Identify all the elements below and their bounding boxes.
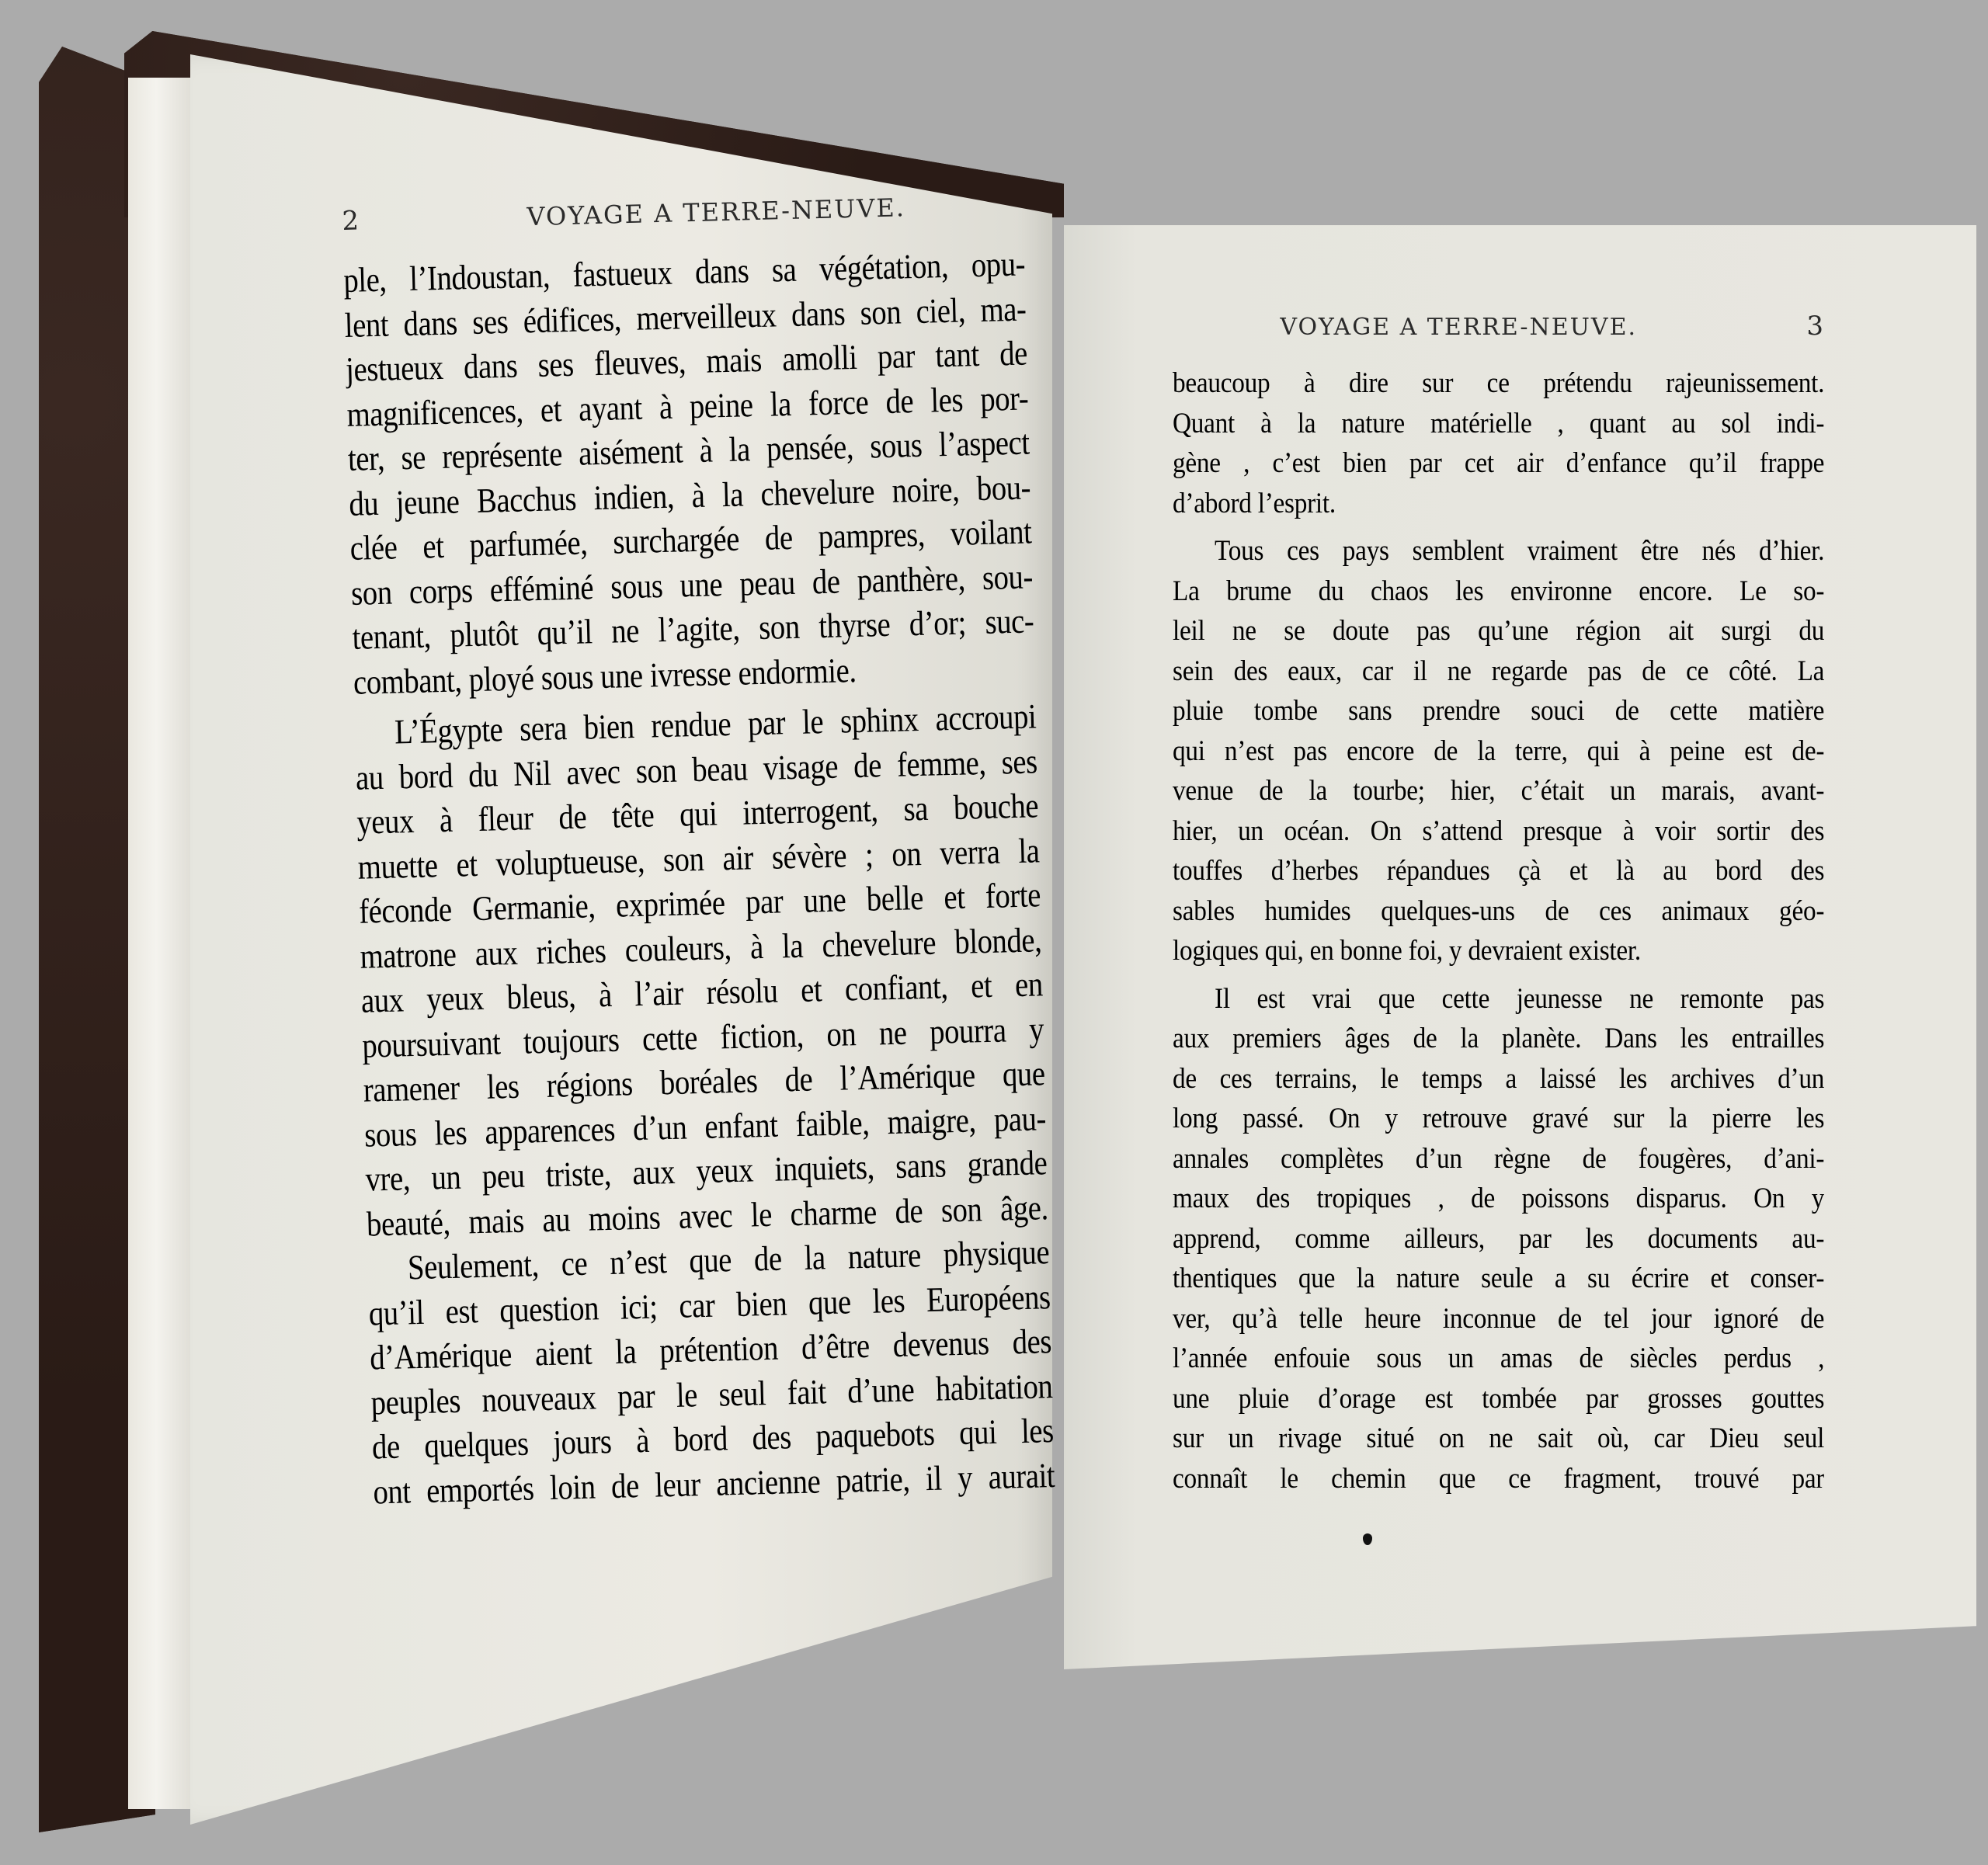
- text-line: leil ne se doute pas qu’une région ait s…: [1173, 611, 1824, 651]
- text-line: gène , c’est bien par cet air d’enfance …: [1173, 443, 1824, 484]
- text-line: long passé. On y retrouve gravé sur la p…: [1173, 1099, 1824, 1139]
- right-page-text: VOYAGE A TERRE-NEUVE. 3 beaucoup à dire …: [1173, 311, 1825, 1499]
- page-stack-edge: [128, 78, 200, 1809]
- text-line: beaucoup à dire sur ce prétendu rajeunis…: [1173, 363, 1824, 404]
- text-line: sables humides quelques-uns de ces anima…: [1173, 891, 1824, 932]
- text-line: qui n’est pas encore de la terre, qui à …: [1173, 731, 1824, 772]
- text-line: de ces terrains, le temps a laissé les a…: [1173, 1059, 1824, 1099]
- text-line: thentiques que la nature seule a su écri…: [1173, 1259, 1824, 1299]
- text-line: apprend, comme ailleurs, par les documen…: [1173, 1219, 1824, 1259]
- left-page-text: 2 VOYAGE A TERRE-NEUVE. ple, l’Indoustan…: [342, 189, 1057, 1514]
- right-running-head: VOYAGE A TERRE-NEUVE. 3: [1173, 311, 1825, 342]
- text-line: venue de la tourbe; hier, c’était un mar…: [1173, 771, 1824, 811]
- text-line: sur un rivage situé on ne sait où, car D…: [1173, 1419, 1824, 1459]
- text-line: une pluie d’orage est tombée par grosses…: [1173, 1379, 1824, 1419]
- text-line: La brume du chaos les environne encore. …: [1173, 571, 1824, 612]
- page-number: 2: [342, 205, 361, 237]
- text-line: hier, un océan. On s’attend presque à vo…: [1173, 811, 1824, 852]
- running-title: VOYAGE A TERRE-NEUVE.: [1173, 314, 1806, 341]
- text-line: logiques qui, en bonne foi, y devraient …: [1173, 931, 1824, 971]
- text-line: pluie tombe sans prendre souci de cette …: [1173, 691, 1824, 731]
- text-line: d’abord l’esprit.: [1173, 484, 1824, 524]
- page-number: 3: [1806, 311, 1825, 342]
- text-line: sein des eaux, car il ne regarde pas de …: [1173, 651, 1824, 692]
- text-line: maux des tropiques , de poissons disparu…: [1173, 1179, 1824, 1219]
- text-line: l’année enfouie sous un amas de siècles …: [1173, 1339, 1824, 1379]
- text-line: Tous ces pays semblent vraiment être nés…: [1173, 531, 1824, 571]
- text-line: annales complètes d’un règne de fougères…: [1173, 1139, 1824, 1179]
- text-line: ver, qu’à telle heure inconnue de tel jo…: [1173, 1299, 1824, 1339]
- text-line: touffes d’herbes répandues çà et là au b…: [1173, 851, 1824, 891]
- text-line: connaît le chemin que ce fragment, trouv…: [1173, 1459, 1824, 1499]
- text-line: Il est vrai que cette jeunesse ne remont…: [1173, 979, 1824, 1019]
- text-line: Quant à la nature matérielle , quant au …: [1173, 404, 1824, 444]
- text-line: aux premiers âges de la planète. Dans le…: [1173, 1019, 1824, 1059]
